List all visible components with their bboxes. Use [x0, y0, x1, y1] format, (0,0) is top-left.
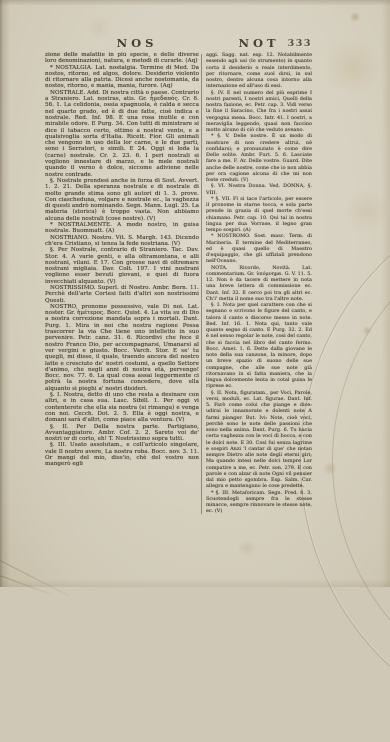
- dictionary-paragraph: NOTA. Ricordo, Novità. Lat. commentarium…: [206, 265, 312, 303]
- embossed-stamp-arc-inner: [332, 212, 390, 587]
- scanned-book-page: NOS NOT 333 zione delle malattie in più …: [0, 0, 390, 587]
- dictionary-paragraph: NOSTRISSIMO. Superl. di Nostro. Ambr. Be…: [45, 285, 199, 304]
- dictionary-paragraph: §. II. Per Della nostra parte. Partigian…: [45, 424, 199, 443]
- dictionary-paragraph: aggi. Sagg. nat. esp. 12. Notabilmente e…: [206, 52, 312, 90]
- running-head-left: NOS: [60, 36, 214, 50]
- dictionary-paragraph: * §. V. Delle nostre. È un modo di mostr…: [206, 133, 312, 183]
- dictionary-paragraph: §. Nostrale prendesi anche in forza di S…: [45, 178, 199, 222]
- dictionary-paragraph: * NOSTROMO. Sost. masc. Term. di Mariner…: [206, 233, 312, 264]
- dictionary-paragraph: §. II. Nota, figuratam., per Voci, Parol…: [206, 390, 312, 490]
- dictionary-paragraph: §. VI. Nostra Donna. Ved. DONNA, §. VIII…: [206, 183, 312, 196]
- foxing-stain: [84, 18, 114, 38]
- dictionary-paragraph: NOSTRO, pronome possessivo, vale Di noi.…: [45, 304, 199, 392]
- right-column: aggi. Sagg. nat. esp. 12. Notabilmente e…: [206, 52, 312, 516]
- foxing-stain: [344, 188, 390, 234]
- page-number: 333: [268, 38, 312, 50]
- dictionary-paragraph: §. I. Nostra, detto di uno che resta a d…: [45, 392, 199, 423]
- foxing-stain: [322, 462, 338, 475]
- foxing-stain: [236, 540, 258, 556]
- dictionary-paragraph: * NOSTALGIA. Lat. nostalgia. Termine di …: [45, 65, 199, 90]
- dictionary-paragraph: §. Per Nostrale, contrario di Straniero.…: [45, 247, 199, 285]
- column-divider-rule: [201, 54, 202, 514]
- foxing-stain: [349, 12, 361, 22]
- dictionary-paragraph: §. III. Usato assolutam., e coll'articol…: [45, 442, 199, 467]
- foxing-stain: [320, 40, 384, 94]
- dictionary-paragraph: §. I. Nota per quel carattere con che si…: [206, 302, 312, 390]
- dictionary-paragraph: * §. III. Metaforicam. Segn. Pred. 6. 3.…: [206, 490, 312, 515]
- dictionary-paragraph: * §. VII. Fl si tace l'articolo, per ess…: [206, 196, 312, 234]
- left-column: zione delle malattie in più specie, e de…: [45, 52, 199, 516]
- page-crease: [0, 573, 51, 587]
- dictionary-paragraph: §. IV. E nel numero del più esprime I no…: [206, 90, 312, 134]
- dictionary-paragraph: NOSTRALE. Add. Di nostra città o paese. …: [45, 90, 199, 178]
- page-crease: [0, 556, 69, 587]
- dictionary-paragraph: * NOSTRALMENTE. A modo nostro, in guisa …: [45, 222, 199, 235]
- dictionary-paragraph: NOSTRIANO. Nostro. Vit. S. Margh. 143. D…: [45, 235, 199, 248]
- dictionary-paragraph: zione delle malattie in più specie, e de…: [45, 52, 199, 65]
- foxing-stain: [362, 326, 372, 335]
- embossed-stamp-arc-outer: [300, 180, 390, 587]
